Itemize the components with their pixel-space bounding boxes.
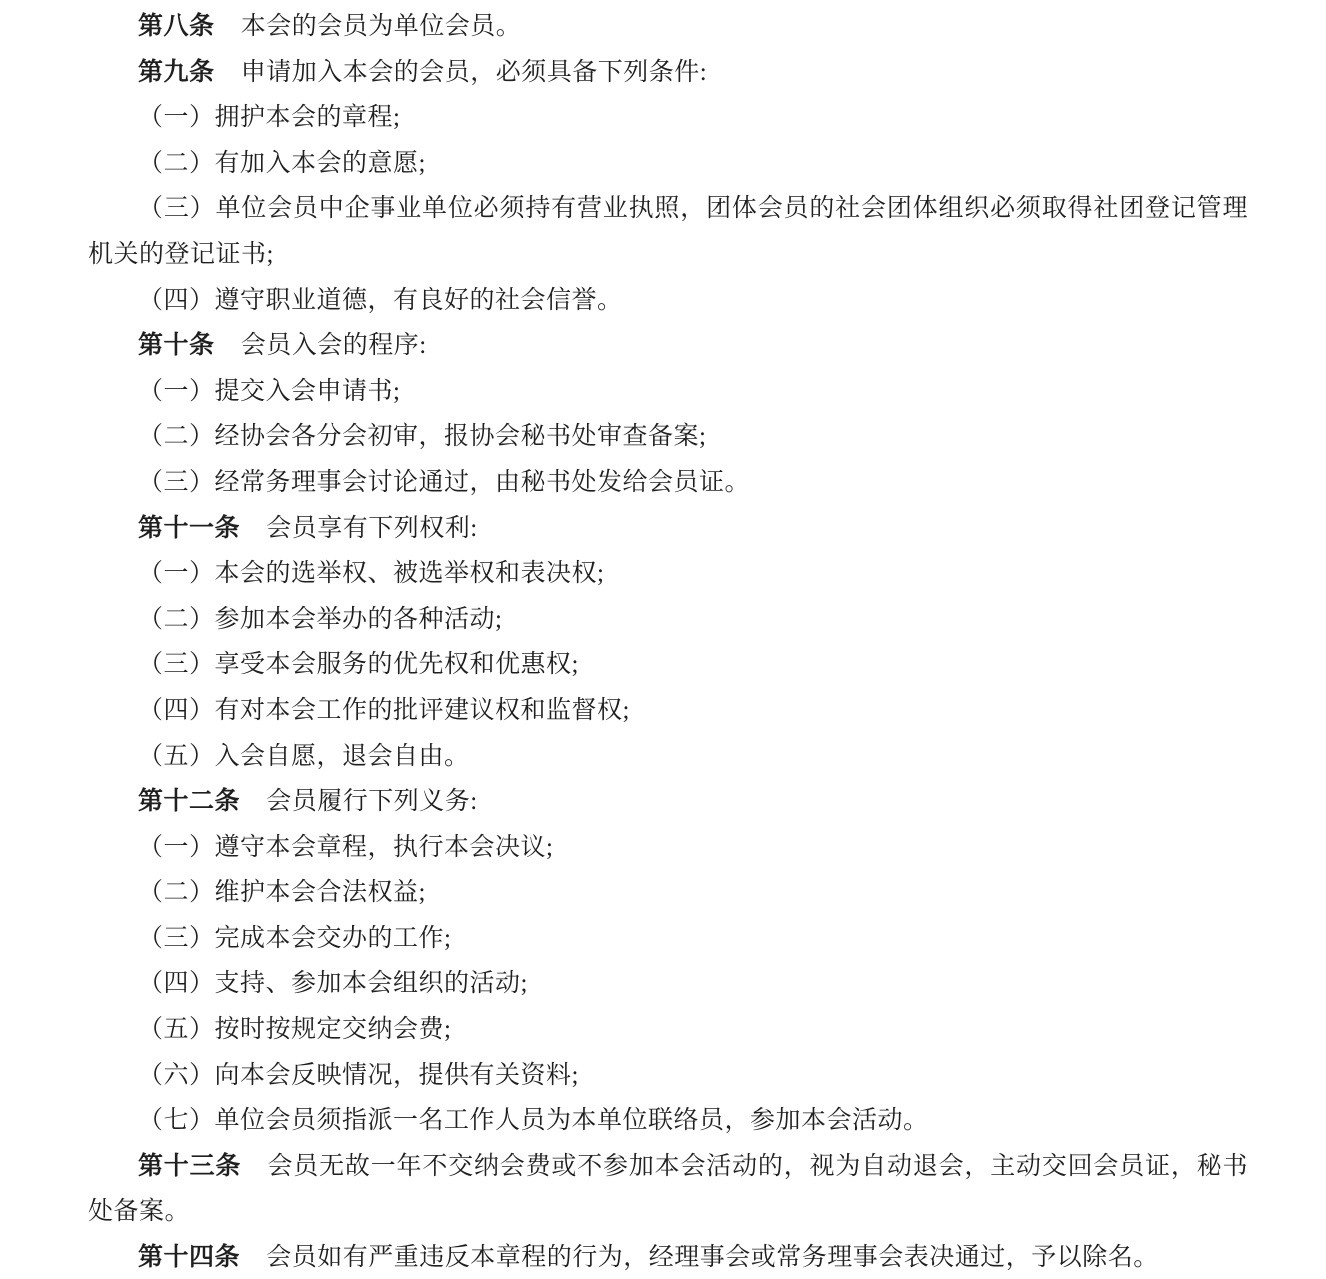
paragraph-text: （四）有对本会工作的批评建议权和监督权; [138,697,630,724]
paragraph-item: （一）本会的选举权、被选举权和表决权; [88,551,1248,597]
paragraph-item: （四）支持、参加本会组织的活动; [88,961,1248,1007]
paragraph-text: （三）经常务理事会讨论通过，由秘书处发给会员证。 [138,469,750,496]
paragraph-text: （七）单位会员须指派一名工作人员为本单位联络员，参加本会活动。 [138,1107,929,1134]
paragraph-text: （一）提交入会申请书; [138,378,400,405]
paragraph-item: （四）遵守职业道德，有良好的社会信誉。 [88,278,1248,324]
paragraph-item: （七）单位会员须指派一名工作人员为本单位联络员，参加本会活动。 [88,1098,1248,1144]
paragraph-item: （五）入会自愿，退会自由。 [88,734,1248,780]
paragraph-item: （三）完成本会交办的工作; [88,916,1248,962]
paragraph-text: （二）经协会各分会初审，报协会秘书处审查备案; [138,423,706,450]
paragraph-article-14: 第十四条会员如有严重违反本章程的行为，经理事会或常务理事会表决通过，予以除名。 [88,1235,1248,1279]
article-number: 第十三条 [138,1153,241,1180]
paragraph-article-9: 第九条申请加入本会的会员，必须具备下列条件: [88,50,1248,96]
paragraph-article-10: 第十条会员入会的程序: [88,323,1248,369]
paragraph-item: （二）维护本会合法权益; [88,870,1248,916]
paragraph-item: （一）拥护本会的章程; [88,95,1248,141]
article-number: 第九条 [138,59,215,86]
paragraph-text: （五）入会自愿，退会自由。 [138,743,470,770]
paragraph-text: （一）拥护本会的章程; [138,104,400,131]
paragraph-text: 本会的会员为单位会员。 [241,13,522,40]
paragraph-item: （一）遵守本会章程，执行本会决议; [88,825,1248,871]
paragraph-item: （三）单位会员中企事业单位必须持有营业执照，团体会员的社会团体组织必须取得社团登… [88,186,1248,277]
paragraph-text: 会员履行下列义务: [266,788,477,815]
paragraph-text: （二）参加本会举办的各种活动; [138,606,502,633]
paragraph-item: （三）经常务理事会讨论通过，由秘书处发给会员证。 [88,460,1248,506]
paragraph-text: （一）遵守本会章程，执行本会决议; [138,834,553,861]
paragraph-item: （一）提交入会申请书; [88,369,1248,415]
paragraph-text: （二）维护本会合法权益; [138,879,426,906]
paragraph-text: （三）完成本会交办的工作; [138,925,451,952]
paragraph-text: （四）遵守职业道德，有良好的社会信誉。 [138,287,623,314]
article-number: 第八条 [138,13,215,40]
paragraph-article-11: 第十一条会员享有下列权利: [88,506,1248,552]
paragraph-item: （二）有加入本会的意愿; [88,141,1248,187]
paragraph-text: 会员享有下列权利: [266,515,477,542]
article-number: 第十一条 [138,515,240,542]
paragraph-text: 申请加入本会的会员，必须具备下列条件: [241,59,707,86]
paragraph-text: （六）向本会反映情况，提供有关资料; [138,1062,579,1089]
paragraph-text: （五）按时按规定交纳会费; [138,1016,451,1043]
paragraph-text: （二）有加入本会的意愿; [138,150,426,177]
paragraph-text: （四）支持、参加本会组织的活动; [138,970,528,997]
paragraph-item: （六）向本会反映情况，提供有关资料; [88,1053,1248,1099]
article-number: 第十二条 [138,788,240,815]
paragraph-item: （二）参加本会举办的各种活动; [88,597,1248,643]
paragraph-item: （五）按时按规定交纳会费; [88,1007,1248,1053]
paragraph-article-13: 第十三条会员无故一年不交纳会费或不参加本会活动的，视为自动退会，主动交回会员证，… [88,1144,1248,1235]
paragraph-text: 会员无故一年不交纳会费或不参加本会活动的，视为自动退会，主动交回会员证，秘书处备… [88,1153,1248,1226]
paragraph-text: 会员如有严重违反本章程的行为，经理事会或常务理事会表决通过，予以除名。 [266,1244,1159,1271]
paragraph-text: （三）单位会员中企事业单位必须持有营业执照，团体会员的社会团体组织必须取得社团登… [88,195,1248,268]
paragraph-item: （二）经协会各分会初审，报协会秘书处审查备案; [88,414,1248,460]
paragraph-article-8: 第八条本会的会员为单位会员。 [88,4,1248,50]
paragraph-item: （四）有对本会工作的批评建议权和监督权; [88,688,1248,734]
paragraph-text: （一）本会的选举权、被选举权和表决权; [138,560,604,587]
paragraph-article-12: 第十二条会员履行下列义务: [88,779,1248,825]
document-page: 第八条本会的会员为单位会员。 第九条申请加入本会的会员，必须具备下列条件: （一… [0,0,1326,1279]
paragraph-text: 会员入会的程序: [241,332,427,359]
article-number: 第十四条 [138,1244,240,1271]
paragraph-item: （三）享受本会服务的优先权和优惠权; [88,642,1248,688]
paragraph-text: （三）享受本会服务的优先权和优惠权; [138,651,579,678]
article-number: 第十条 [138,332,215,359]
